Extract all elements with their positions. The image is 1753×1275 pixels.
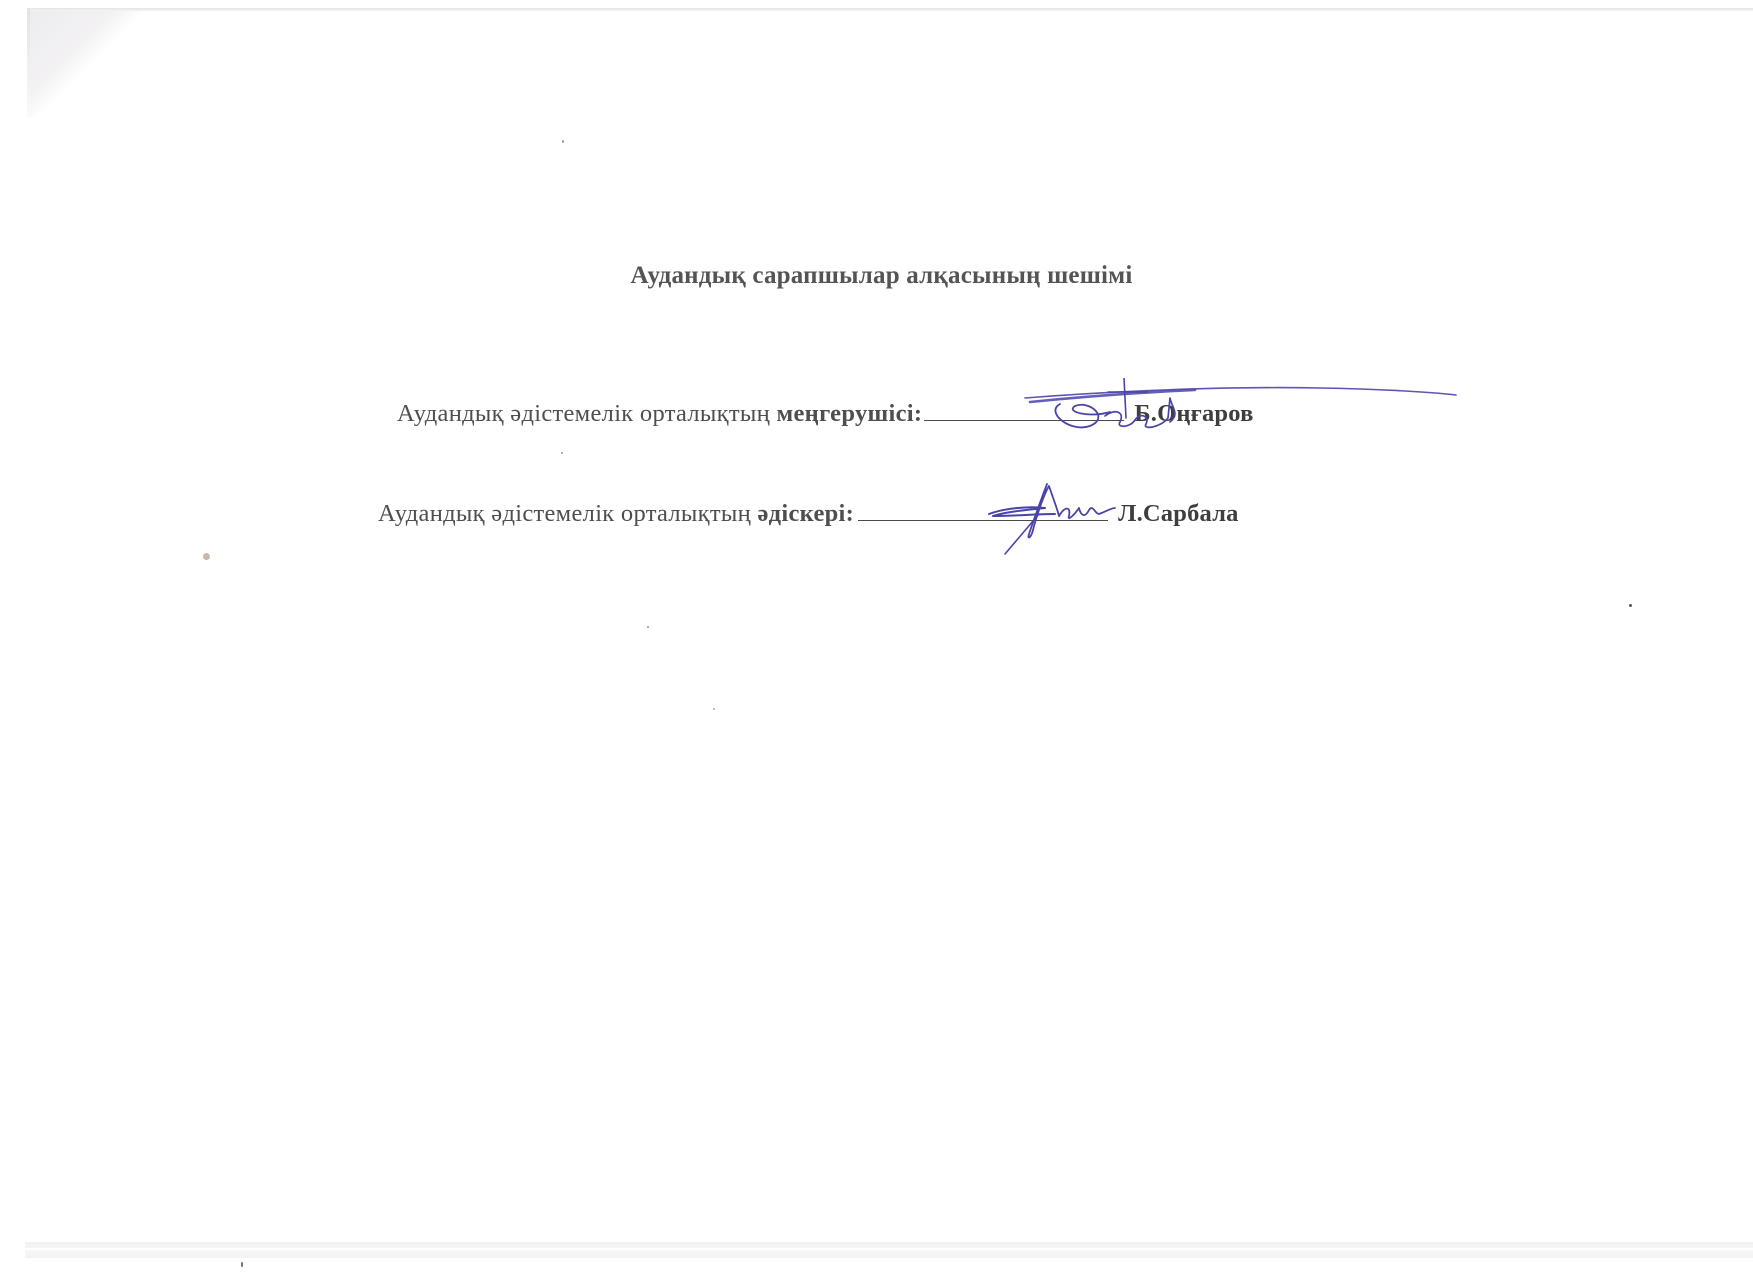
document-title: Аудандық сарапшылар алқасының шешімі [0, 262, 1753, 290]
signature-row-head: Аудандық әдістемелік орталықтың меңгеруш… [397, 400, 1254, 428]
scan-speck [562, 140, 564, 143]
scan-speck [1629, 604, 1632, 607]
signer-name: Б.Оңғаров [1134, 400, 1253, 428]
role-title: меңгерушісі: [777, 400, 923, 427]
scan-speck [647, 626, 649, 628]
role-text: Аудандық әдістемелік орталықтың [378, 500, 758, 527]
signature-line [924, 402, 1124, 421]
scan-bottom-edge [25, 1242, 1753, 1248]
scan-bottom-edge-shadow [25, 1250, 1753, 1258]
role-title: әдіскері: [758, 500, 855, 527]
scanned-page: Аудандық сарапшылар алқасының шешімі Ауд… [0, 0, 1753, 1275]
signatory-role: Аудандық әдістемелік орталықтың меңгеруш… [397, 400, 922, 428]
scan-shadow-corner [28, 8, 148, 118]
scan-top-edge [28, 8, 1753, 11]
signature-line [858, 502, 1108, 521]
scan-speck [241, 1262, 243, 1267]
role-text: Аудандық әдістемелік орталықтың [397, 400, 777, 427]
scan-speck [203, 553, 210, 560]
signatory-role: Аудандық әдістемелік орталықтың әдіскері… [378, 500, 854, 528]
signature-row-methodist: Аудандық әдістемелік орталықтың әдіскері… [378, 500, 1239, 528]
scan-left-edge [27, 8, 30, 118]
signer-name: Л.Сарбала [1118, 500, 1238, 528]
scan-speck [561, 452, 563, 454]
scan-speck [713, 708, 715, 710]
